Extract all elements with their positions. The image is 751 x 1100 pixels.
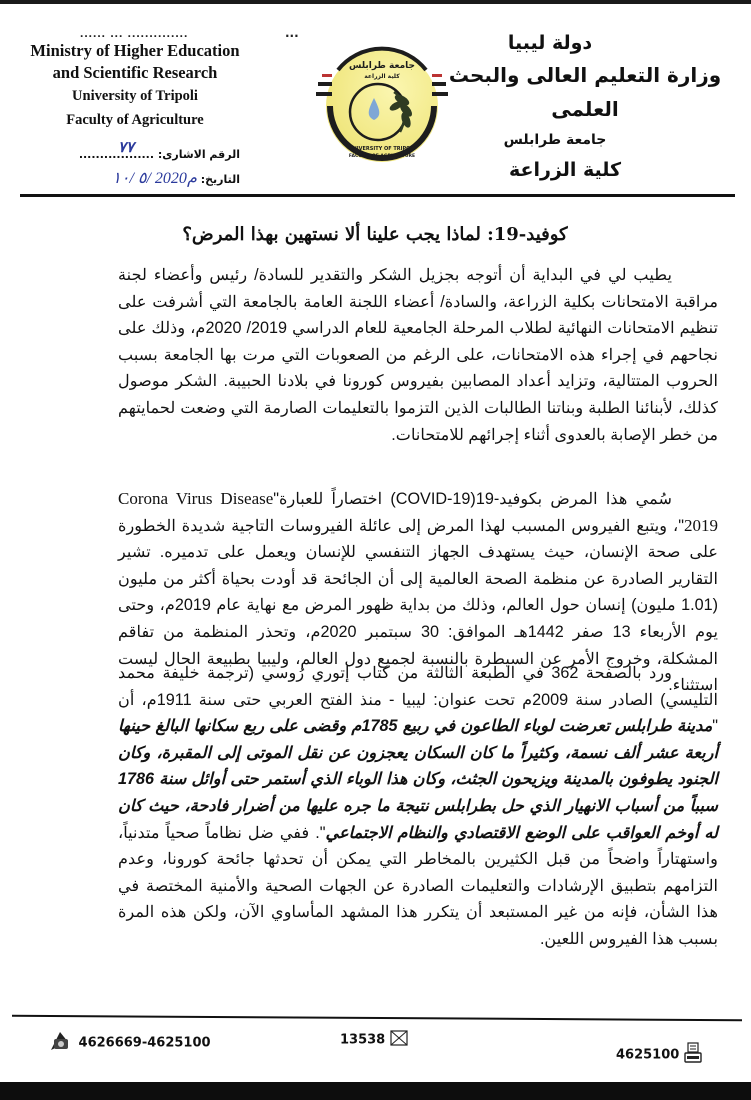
scan-top-edge	[0, 0, 751, 4]
faculty-name-arabic: كلية الزراعة	[440, 154, 730, 186]
header-divider	[20, 194, 735, 197]
fax-number: 4625100	[616, 1048, 679, 1063]
envelope-icon	[390, 1030, 408, 1050]
date-label: التاريخ:	[201, 173, 240, 186]
telephone-icon	[48, 1030, 74, 1056]
footer-phone: 4626669-4625100	[48, 1030, 211, 1056]
footer-divider	[12, 1015, 742, 1021]
scan-bottom-edge	[0, 1082, 751, 1100]
header-dots-right: ...	[285, 26, 299, 40]
university-name: University of Tripoli	[20, 84, 250, 108]
fax-icon	[684, 1042, 702, 1068]
reference-label: الرقم الاشارى:	[158, 148, 240, 161]
university-name-arabic: جامعة طرابلس	[440, 126, 730, 154]
reference-handwritten: ٧٧	[118, 138, 134, 157]
ministry-name-arabic: وزارة التعليم العالى والبحث العلمى	[440, 58, 730, 126]
p3-text-end: ". ففي ضل نظاماً صحياً متدنياً، واستهتار…	[118, 824, 718, 948]
logo-emblem-icon: جامعة طرابلس كلية الزراعة UNIVERSITY OF …	[316, 40, 448, 172]
phone-numbers: 4626669-4625100	[79, 1036, 211, 1051]
ministry-name-line1: Ministry of Higher Education	[20, 40, 250, 62]
footer-po-box: 13538	[340, 1030, 408, 1050]
paragraph-historical-plague: ورد بالصفحة 362 في الطبعة الثالثة من كتا…	[118, 660, 718, 953]
letterhead-english: Ministry of Higher Education and Scienti…	[20, 40, 250, 132]
letterhead-arabic: دولة ليبيا وزارة التعليم العالى والبحث ا…	[440, 28, 730, 186]
svg-text:جامعة طرابلس: جامعة طرابلس	[349, 61, 415, 71]
reference-number: الرقم الاشارى: .................. ٧٧	[30, 148, 240, 161]
header-dots: ...... ... ..............	[80, 26, 188, 40]
paragraph-acknowledgement: يطيب لي في البداية أن أتوجه بجزيل الشكر …	[118, 262, 718, 448]
faculty-name: Faculty of Agriculture	[20, 108, 250, 132]
university-logo: جامعة طرابلس كلية الزراعة UNIVERSITY OF …	[316, 40, 448, 172]
paragraph-text: ورد بالصفحة 362 في الطبعة الثالثة من كتا…	[118, 660, 718, 953]
po-box-number: 13538	[340, 1033, 385, 1048]
date-field: التاريخ: ٥ /١٠/ 2020م	[40, 168, 240, 188]
reference-dots: ..................	[79, 148, 154, 161]
paragraph-text: يطيب لي في البداية أن أتوجه بجزيل الشكر …	[118, 262, 718, 448]
document-title: كوفيد-19: لماذا يجب علينا ألا نستهين بهذ…	[150, 224, 600, 245]
svg-text:UNIVERSITY OF TRIPOLI: UNIVERSITY OF TRIPOLI	[349, 146, 416, 152]
date-handwritten: ٥ /١٠/ 2020م	[112, 170, 197, 187]
state-name: دولة ليبيا	[440, 28, 730, 58]
svg-text:كلية الزراعة: كلية الزراعة	[364, 73, 400, 80]
ministry-name-line2: and Scientific Research	[20, 62, 250, 84]
footer-fax: 4625100	[616, 1042, 702, 1068]
svg-text:FACULTY OF AGRICULTURE: FACULTY OF AGRICULTURE	[349, 153, 415, 159]
p2-text-start: سُمي هذا المرض بكوفيد-19(COVID-19) اختصا…	[273, 490, 672, 508]
